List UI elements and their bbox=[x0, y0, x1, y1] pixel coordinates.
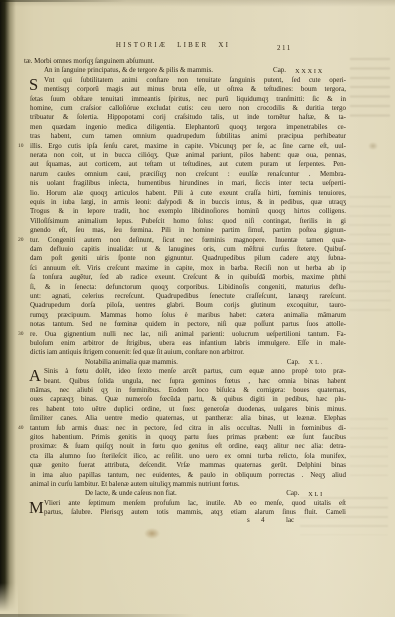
chapter-heading-line: Notabilia animalia quæ mammis.Cap.XL. bbox=[30, 358, 346, 367]
text-line: cta illa alumno ſuo ſterileſcit ilico, a… bbox=[30, 452, 346, 461]
text-line: Quadrupedum dorſa piloſa, uentres glabri… bbox=[30, 301, 346, 310]
signature-number: 4 bbox=[261, 516, 265, 525]
page-top-edge bbox=[0, 0, 158, 2]
paper-stain bbox=[144, 528, 160, 539]
margin-line-number: 40 bbox=[18, 425, 30, 432]
signature-mark: s bbox=[247, 516, 250, 525]
showthrough-mark bbox=[350, 418, 388, 476]
margin-line-number: 20 bbox=[18, 237, 30, 244]
text-line: aut ſquamas, aut corticem, aut teſtam ut… bbox=[30, 160, 346, 169]
text-line: res habent toto uētre duplici ordine, ut… bbox=[30, 405, 346, 414]
text-line: illis. Ergo cutis ipſa ſenſu caret, maxi… bbox=[30, 142, 346, 151]
text-line: ſetas ſuum obſtare tenuitati immeantis ſ… bbox=[30, 95, 346, 104]
text-line: lio. Horum alæ quoqʒ articulos habent. P… bbox=[30, 189, 346, 198]
text-line: nis uolant fragilibus inſecta, humentibu… bbox=[30, 179, 346, 188]
text-line: tur. Congeniti autem non deſinunt, ſicut… bbox=[30, 236, 346, 245]
drop-cap: A bbox=[29, 367, 43, 385]
text-line: unt: agnati, celerius recreſcunt. Quadru… bbox=[30, 292, 346, 301]
chapter-label: Cap. bbox=[286, 489, 299, 498]
chapter-numeral: XXXIX bbox=[295, 67, 324, 76]
heading-text: An in ſanguine principatus, & de tergore… bbox=[30, 66, 213, 75]
drop-cap: S bbox=[29, 76, 43, 94]
chapter-heading-line: An in ſanguine principatus, & de tergore… bbox=[30, 66, 346, 75]
text-line: equis in iuba largi, in armis leoni: daſ… bbox=[30, 198, 346, 207]
gutter-fade bbox=[0, 583, 18, 617]
text-line: dam defluuio capitis inualidæ: ut & lanu… bbox=[30, 245, 346, 254]
drop-cap: M bbox=[29, 499, 43, 517]
binding-gutter-shadow bbox=[0, 0, 16, 617]
text-line: ſi, & in ſenecta: defunctorum quoqʒ corp… bbox=[30, 283, 346, 292]
chapter-heading-line: De lacte, & unde caſeus non fiat.Cap.XLI bbox=[30, 489, 346, 498]
text-line: tribuatur & ſolertia. Hippopotami corij … bbox=[30, 113, 346, 122]
text-line: beant. Quibus ſolida ungula, nec ſupra g… bbox=[30, 377, 346, 386]
text-line: tæ. Morbi omnes morſqʒ ſanguinem abſumun… bbox=[24, 57, 346, 66]
text-line: nerata non coit, ut in bucca cilióqʒ. Qu… bbox=[30, 151, 346, 160]
text-line: partus, ſalubre. Plerisqʒ autem totis ma… bbox=[30, 508, 346, 517]
text-line: Villoſiſsimum animalium lepus. Pubeſcit … bbox=[30, 217, 346, 226]
text-line: tantum ſub armis duas: nec in pectore, ſ… bbox=[30, 424, 346, 433]
text-line: Trogus & in lepore tradit, hoc exemplo l… bbox=[30, 207, 346, 216]
text-line: rumqʒ præcipuum. Mammas homo ſolus è mar… bbox=[30, 311, 346, 320]
text-line: animal in curſu lambitur. Et balenæ aute… bbox=[30, 480, 346, 489]
heading-text: Notabilia animalia quæ mammis. bbox=[30, 358, 178, 367]
page-number: 211 bbox=[277, 44, 292, 52]
text-line: narum caules omnium caui, præciſíqʒ non … bbox=[30, 170, 346, 179]
text-line: ſa tonſura augētur, ſed ab radice exeunt… bbox=[30, 273, 346, 282]
text-line: proximæ: & ſuam quiſqʒ nouit in fœtu quo… bbox=[30, 442, 346, 451]
text-line: Vlieri ante ſeptimum menſem profuſum lac… bbox=[30, 499, 346, 508]
text-line: oues capræqʒ binas. Quæ numeroſo fœcūda … bbox=[30, 395, 346, 404]
text-line: ſci annuum eſt. Viris creſcunt maxime in… bbox=[30, 264, 346, 273]
showthrough-mark bbox=[350, 58, 390, 124]
chapter-label: Cap. bbox=[287, 358, 300, 367]
text-line: re. Oua gignentium nulli nec lac, niſi a… bbox=[30, 330, 346, 339]
text-line: tras habent, cum tamen omnium quadrupedu… bbox=[30, 132, 346, 141]
margin-line-number: 10 bbox=[18, 143, 30, 150]
text-line: māmas, nec aliubi qʒ in fœminibus. Eodem… bbox=[30, 386, 346, 395]
chapter-label: Cap. bbox=[273, 66, 286, 75]
heading-text: De lacte, & unde caſeus non fiat. bbox=[30, 489, 177, 498]
text-line: men quædam ingenio medica diligentia. El… bbox=[30, 123, 346, 132]
showthrough-mark bbox=[349, 196, 391, 314]
text-line: in ima aluo papillas tantum, nec euident… bbox=[30, 471, 346, 480]
text-line: dictis iam antiquis ſtrigem conuenit: ſe… bbox=[30, 348, 346, 357]
text-line: ſimiliter canes. Alia uentre medio quate… bbox=[30, 414, 346, 423]
text-line: quæ genito fuerat attributa, deſcendit. … bbox=[30, 461, 346, 470]
chapter-numeral: XL. bbox=[309, 358, 324, 367]
text-line: Sinis à fœtu dolēt, ideo ſexto menſe arc… bbox=[30, 367, 346, 376]
book-page-scan: HISTORIÆ LIBER XI 211 tæ. Morbi omnes mo… bbox=[0, 0, 395, 617]
chapter-numeral: XLI bbox=[308, 490, 324, 499]
text-line: gnendo eſt, ſeu mas, ſeu fœmina. Pili in… bbox=[30, 226, 346, 235]
text-line: notas tantum. Sed ne fœminæ quidem in pe… bbox=[30, 320, 346, 329]
text-line: gitos habentium. Primis genitis in quoqʒ… bbox=[30, 433, 346, 442]
text-line: dam poſt geniti uiris ſponte non gignunt… bbox=[30, 254, 346, 263]
catchword: lac bbox=[286, 516, 294, 525]
text-line: Vnt qui ſubtilitatem animi conſtare non … bbox=[30, 76, 346, 85]
text-line: homine, cum craſsior calloſiórue excluda… bbox=[30, 104, 346, 113]
text-line: mentisqʒ corporū magis aut minus bruta e… bbox=[30, 85, 346, 94]
text-line: buloſum enim arbitror de ſtrigibus, uber… bbox=[30, 339, 346, 348]
paper-stain bbox=[368, 142, 378, 150]
margin-line-number: 30 bbox=[18, 331, 30, 338]
running-header: HISTORIÆ LIBER XI bbox=[98, 41, 248, 49]
